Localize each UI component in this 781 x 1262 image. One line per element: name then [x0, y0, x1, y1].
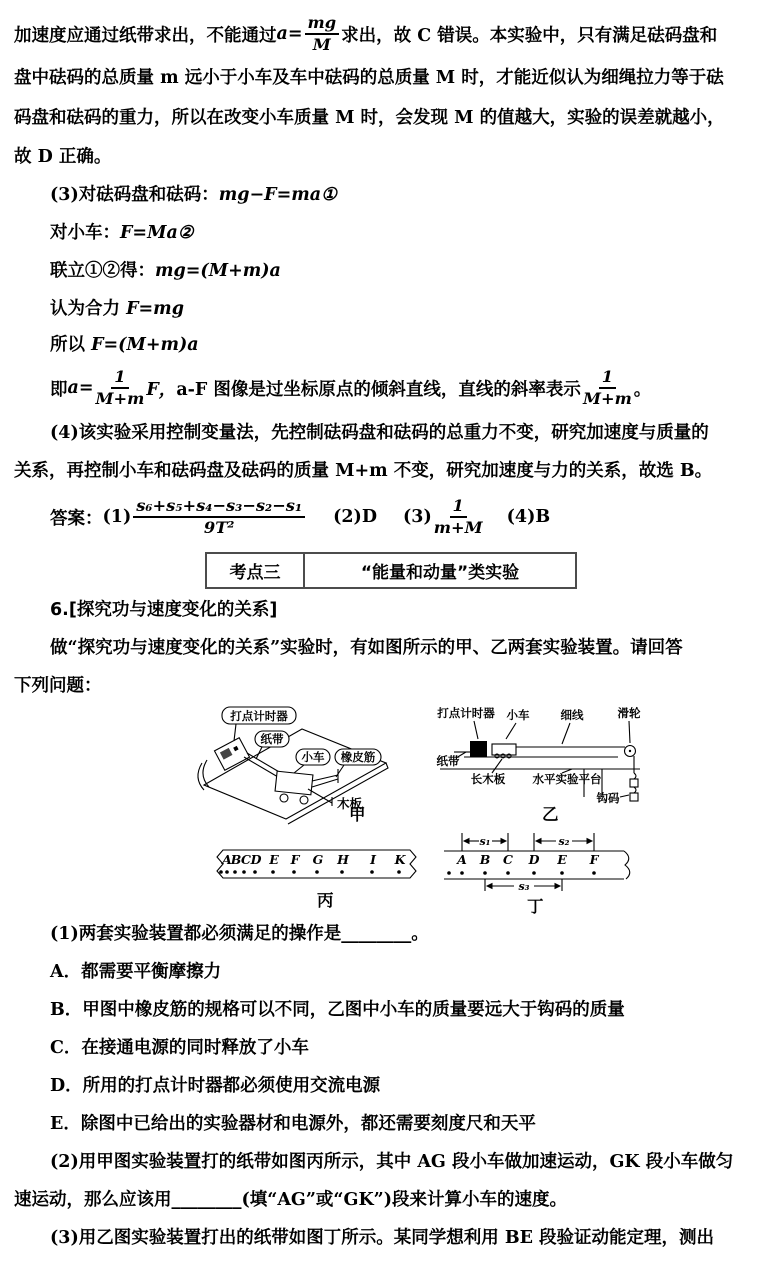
body-line: 关系，再控制小车和砝码盘及砝码的质量 M+m 不变，研究加速度与力的关系，故选 … — [14, 452, 767, 490]
pulley-axle — [629, 750, 631, 752]
svg-text:H: H — [336, 852, 350, 867]
formula-label: 联立①②得： — [50, 261, 155, 281]
formula-text: F=(M+m)a — [91, 335, 199, 355]
svg-text:打点计时器: 打点计时器 — [229, 709, 288, 723]
formula-label: (3)对砝码盘和砝码： — [50, 185, 219, 205]
svg-text:D: D — [250, 852, 262, 867]
svg-text:D: D — [528, 852, 540, 867]
formula-text: F=mg — [126, 299, 184, 319]
option-e: E．除图中已给出的实验器材和电源外，都还需要刻度尺和天平 — [14, 1105, 767, 1143]
svg-text:F: F — [290, 852, 301, 867]
formula-text: mg−F=ma① — [219, 185, 337, 205]
cart-shape — [275, 771, 313, 804]
figure-yi-caption: 乙 — [542, 801, 559, 825]
figure-yi-diagram: 打点计时器 小车 细线 滑轮 — [432, 703, 667, 815]
figure-bing-caption: 丙 — [317, 887, 334, 911]
svg-text:G: G — [313, 852, 324, 867]
svg-text:s₂: s₂ — [558, 835, 569, 848]
answer-line: 答案：(1)s₆+s₅+s₄−s₃−s₂−s₁9T²(2)D(3)1m+M(4)… — [14, 490, 767, 544]
formula-text: a= — [277, 24, 303, 44]
section-header-box: 考点三 “能量和动量”类实验 — [205, 552, 577, 589]
answer-part: (2)D — [333, 507, 377, 527]
answer-label: 答案： — [50, 505, 103, 530]
label-string: 细线 — [561, 708, 584, 722]
svg-text:E: E — [268, 852, 279, 867]
s1-measure: s₁ — [462, 833, 508, 851]
fraction: 1m+M — [434, 497, 483, 536]
fraction: mgM — [305, 14, 340, 53]
svg-text:s₁: s₁ — [479, 835, 490, 848]
option-b: B．甲图中橡皮筋的规格可以不同，乙图中小车的质量要远大于钩码的质量 — [14, 991, 767, 1029]
svg-text:纸带: 纸带 — [261, 732, 284, 746]
formula-line: 即 a=1M+mF，a-F 图像是过坐标原点的倾斜直线，直线的斜率表示1M+m。 — [14, 362, 767, 414]
svg-text:I: I — [369, 852, 377, 867]
label-rubber: 橡皮筋 — [335, 749, 381, 777]
option-d: D．所用的打点计时器都必须使用交流电源 — [14, 1067, 767, 1105]
formula-text: F=Ma② — [120, 223, 194, 243]
question-2-line1: (2)用甲图实验装置打的纸带如图丙所示，其中 AG 段小车做加速运动，GK 段小… — [14, 1143, 767, 1181]
formula-line: 认为合力 F=mg — [14, 290, 767, 328]
question-1-text: (1)两套实验装置都必须满足的操作是________。 — [14, 915, 767, 953]
leader — [492, 759, 502, 773]
label-tape: 纸带 — [437, 754, 460, 768]
svg-text:s₃: s₃ — [518, 880, 529, 893]
fraction-denominator: M — [313, 35, 331, 54]
leader — [620, 795, 629, 797]
svg-text:B: B — [230, 852, 242, 867]
formula-label: 对小车： — [50, 223, 120, 243]
figure-bing-diagram: A B C D E F G H I K — [207, 845, 432, 887]
formula-label: 即 — [50, 376, 68, 401]
formula-label: 所以 — [50, 335, 91, 355]
body-line: 故 D 正确。 — [14, 138, 767, 176]
formula-line: 联立①②得：mg=(M+m)a — [14, 252, 767, 290]
timer-device — [214, 738, 249, 771]
label-platform: 水平实验平台 — [533, 772, 602, 786]
fraction-denominator: m+M — [434, 518, 483, 537]
body-line: 下列问题： — [14, 667, 767, 705]
fraction: s₆+s₅+s₄−s₃−s₂−s₁9T² — [133, 497, 305, 536]
figure-ding-diagram: s₁ s₂ A B C D E F — [442, 831, 647, 893]
body-text: 加速度应通过纸带求出，不能通过 — [14, 22, 277, 47]
body-line: 加速度应通过纸带求出，不能通过 a=mgM求出，故 C 错误。本实验中，只有满足… — [14, 10, 767, 58]
s3-measure: s₃ — [485, 879, 562, 893]
tape-dots — [219, 870, 401, 874]
s2-measure: s₂ — [534, 833, 594, 851]
svg-text:橡皮筋: 橡皮筋 — [341, 750, 376, 764]
body-text: 求出，故 C 错误。本实验中，只有满足砝码盘和 — [341, 22, 717, 47]
formula-line: (3)对砝码盘和砝码：mg−F=ma① — [14, 176, 767, 214]
fraction-denominator: 9T² — [204, 518, 235, 537]
label-plank: 长木板 — [471, 772, 506, 786]
body-text: 。 — [634, 376, 652, 401]
label-cart: 小车 — [294, 749, 330, 773]
fraction-numerator: 1 — [450, 497, 467, 518]
tape-dots — [447, 871, 596, 875]
paper-tape-line — [247, 753, 281, 773]
answer-part: (1) — [103, 507, 132, 527]
body-text: a-F 图像是过坐标原点的倾斜直线，直线的斜率表示 — [176, 376, 581, 401]
svg-text:A: A — [456, 852, 467, 867]
leader — [506, 723, 516, 739]
body-line: 做“探究功与速度变化的关系”实验时，有如图所示的甲、乙两套实验装置。请回答 — [14, 629, 767, 667]
leader — [629, 721, 630, 743]
svg-text:C: C — [503, 852, 513, 867]
formula-text: a= — [68, 378, 94, 398]
formula-label: 认为合力 — [50, 299, 126, 319]
body-line: 码盘和砝码的重力，所以在改变小车质量 M 时，会发现 M 的值越大，实验的误差就… — [14, 98, 767, 138]
svg-text:K: K — [394, 852, 407, 867]
question-6-title: 6.[探究功与速度变化的关系] — [14, 591, 767, 629]
timer-device — [470, 741, 487, 757]
label-pulley: 滑轮 — [618, 706, 641, 720]
leader — [562, 723, 570, 744]
body-line: (4)该实验采用控制变量法，先控制砝码盘和砝码的总重力不变，研究加速度与质量的 — [14, 414, 767, 452]
section-header-title: “能量和动量”类实验 — [305, 554, 575, 587]
svg-text:C: C — [241, 852, 251, 867]
body-line: 盘中砝码的总质量 m 远小于小车及车中砝码的总质量 M 时，才能近似认为细绳拉力… — [14, 58, 767, 98]
option-a: A．都需要平衡摩擦力 — [14, 953, 767, 991]
section-header-label: 考点三 — [207, 554, 305, 587]
cart-shape — [492, 744, 516, 758]
tape-letters: A B C D E F G H I K — [221, 852, 406, 867]
fraction-denominator: M+m — [583, 389, 632, 408]
weights-shape — [630, 756, 638, 801]
fraction-numerator: mg — [305, 14, 340, 35]
fraction: 1M+m — [583, 368, 632, 407]
label-tape: 纸带 — [255, 731, 289, 759]
svg-text:F: F — [589, 852, 600, 867]
formula-line: 所以 F=(M+m)a — [14, 328, 767, 362]
rubber-band-shape — [312, 769, 338, 787]
fraction-numerator: s₆+s₅+s₄−s₃−s₂−s₁ — [133, 497, 305, 518]
document-page: 加速度应通过纸带求出，不能通过 a=mgM求出，故 C 错误。本实验中，只有满足… — [0, 0, 781, 1257]
label-weights: 钩码 — [597, 791, 620, 805]
question-3-line1: (3)用乙图实验装置打出的纸带如图丁所示。某同学想利用 BE 段验证动能定理，测… — [14, 1219, 767, 1257]
answer-part: (3) — [403, 507, 432, 527]
label-cart: 小车 — [507, 708, 530, 722]
figure-jia-caption: 甲 — [349, 801, 366, 825]
figure-jia-diagram: 打点计时器 纸带 小车 橡皮筋 木板 — [192, 705, 397, 813]
question-2-line2: 速运动，那么应该用________(填“AG”或“GK”)段来计算小车的速度。 — [14, 1181, 767, 1219]
answer-part: (4)B — [507, 507, 551, 527]
leader — [474, 721, 478, 739]
tape-letters: A B C D E F — [456, 852, 599, 867]
formula-text: F， — [146, 376, 176, 401]
formula-text: mg=(M+m)a — [155, 261, 281, 281]
label-timer: 打点计时器 — [436, 706, 495, 720]
svg-text:B: B — [479, 852, 491, 867]
figure-ding-caption: 丁 — [527, 893, 544, 917]
fraction: 1M+m — [96, 368, 145, 407]
svg-text:E: E — [556, 852, 567, 867]
svg-text:小车: 小车 — [302, 750, 325, 764]
fraction-numerator: 1 — [599, 368, 616, 389]
figure-area: 打点计时器 纸带 小车 橡皮筋 木板 — [14, 705, 767, 915]
option-c: C．在接通电源的同时释放了小车 — [14, 1029, 767, 1067]
paper-tape-line — [244, 757, 278, 777]
fraction-denominator: M+m — [96, 389, 145, 408]
formula-line: 对小车：F=Ma② — [14, 214, 767, 252]
fraction-numerator: 1 — [111, 368, 128, 389]
